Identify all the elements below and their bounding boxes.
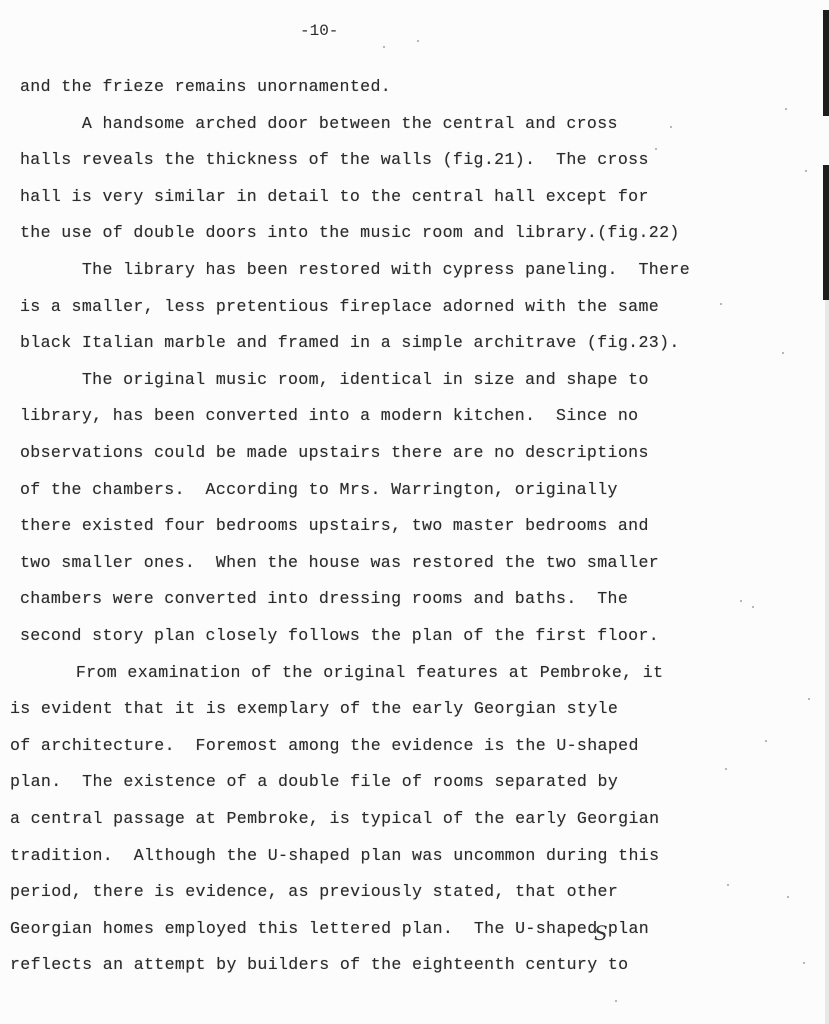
scan-edge-shadow — [823, 165, 829, 300]
text-line: a central passage at Pembroke, is typica… — [10, 809, 659, 828]
text-line: black Italian marble and framed in a sim… — [20, 333, 680, 352]
text-line: The library has been restored with cypre… — [20, 260, 690, 279]
scanned-page: -10- and the frieze remains unornamented… — [0, 0, 829, 1024]
text-line: is evident that it is exemplary of the e… — [10, 699, 618, 718]
text-line: is a smaller, less pretentious fireplace… — [20, 297, 659, 316]
handwritten-mark: S — [594, 921, 608, 945]
text-line: period, there is evidence, as previously… — [10, 882, 618, 901]
text-line: From examination of the original feature… — [14, 663, 663, 682]
text-line: reflects an attempt by builders of the e… — [10, 955, 628, 974]
text-line: tradition. Although the U-shaped plan wa… — [10, 846, 659, 865]
text-line: A handsome arched door between the centr… — [20, 114, 618, 133]
scan-edge-shadow — [823, 10, 829, 116]
text-line: of the chambers. According to Mrs. Warri… — [20, 480, 618, 499]
text-line: and the frieze remains unornamented. — [20, 77, 391, 96]
text-line: the use of double doors into the music r… — [20, 223, 680, 242]
scan-edge-shadow — [825, 300, 829, 1024]
page-number: -10- — [300, 22, 340, 40]
text-line: two smaller ones. When the house was res… — [20, 553, 659, 572]
text-line: there existed four bedrooms upstairs, tw… — [20, 516, 649, 535]
text-line: library, has been converted into a moder… — [20, 406, 638, 425]
text-line: second story plan closely follows the pl… — [20, 626, 659, 645]
text-line: plan. The existence of a double file of … — [10, 772, 618, 791]
text-line: The original music room, identical in si… — [20, 370, 649, 389]
text-line: hall is very similar in detail to the ce… — [20, 187, 649, 206]
text-line: chambers were converted into dressing ro… — [20, 589, 628, 608]
text-line: of architecture. Foremost among the evid… — [10, 736, 639, 755]
text-line: Georgian homes employed this lettered pl… — [10, 919, 649, 938]
text-line: halls reveals the thickness of the walls… — [20, 150, 649, 169]
text-line: observations could be made upstairs ther… — [20, 443, 649, 462]
